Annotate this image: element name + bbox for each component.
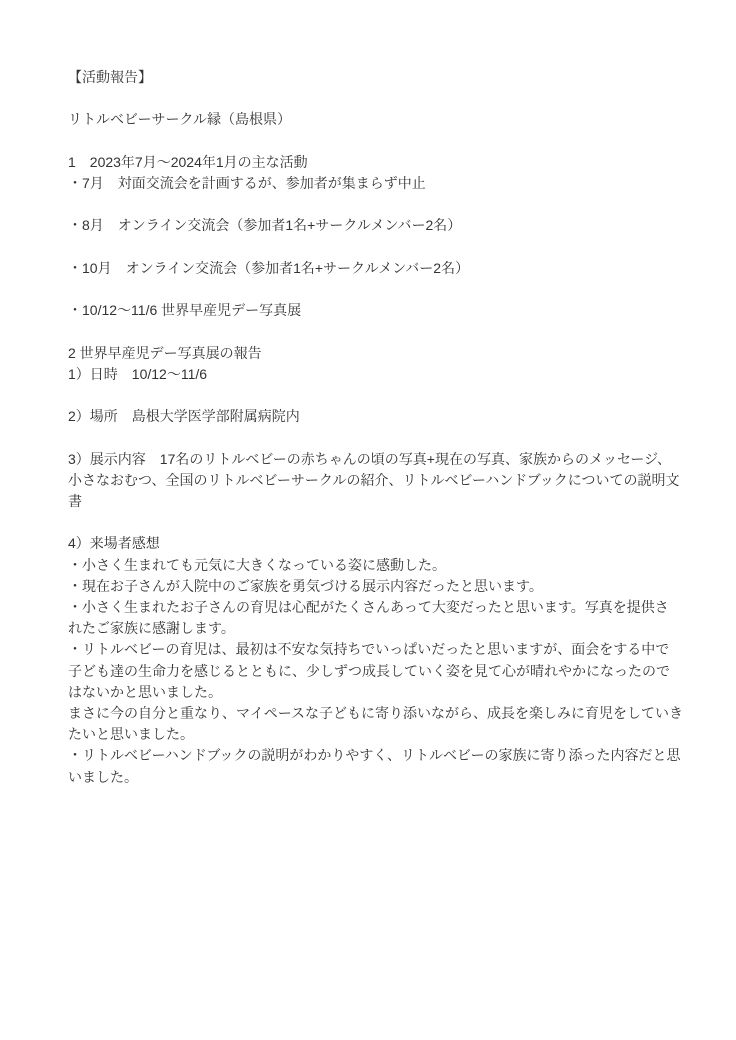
text-line: 書 bbox=[68, 491, 682, 512]
text-line: ・8月 オンライン交流会（参加者1名+サークルメンバー2名） bbox=[68, 215, 682, 236]
paragraph-october-activity: ・10月 オンライン交流会（参加者1名+サークルメンバー2名） bbox=[68, 258, 682, 279]
paragraph-report-title: 【活動報告】 bbox=[68, 67, 682, 88]
text-line: ・小さく生まれたお子さんの育児は心配がたくさんあって大変だったと思います。写真を… bbox=[68, 597, 682, 618]
text-line: ・リトルベビーの育児は、最初は不安な気持ちでいっぱいだったと思いますが、面会をす… bbox=[68, 639, 682, 660]
text-line: 小さなおむつ、全国のリトルベビーサークルの紹介、リトルベビーハンドブックについて… bbox=[68, 470, 682, 491]
paragraph-exhibition-place: 2）場所 島根大学医学部附属病院内 bbox=[68, 406, 682, 427]
paragraph-circle-name: リトルベビーサークル縁（島根県） bbox=[68, 109, 682, 130]
text-line: たいと思いました。 bbox=[68, 724, 682, 745]
text-line: 【活動報告】 bbox=[68, 67, 682, 88]
text-line: はないかと思いました。 bbox=[68, 682, 682, 703]
paragraph-exhibition-report-heading: 2 世界早産児デー写真展の報告1）日時 10/12〜11/6 bbox=[68, 343, 682, 385]
text-line: 4）来場者感想 bbox=[68, 533, 682, 554]
text-line: 2）場所 島根大学医学部附属病院内 bbox=[68, 406, 682, 427]
text-line: 1 2023年7月〜2024年1月の主な活動 bbox=[68, 152, 682, 173]
text-line: ・7月 対面交流会を計画するが、参加者が集まらず中止 bbox=[68, 173, 682, 194]
text-line: 3）展示内容 17名のリトルベビーの赤ちゃんの頃の写真+現在の写真、家族からのメ… bbox=[68, 449, 682, 470]
text-line: ・現在お子さんが入院中のご家族を勇気づける展示内容だったと思います。 bbox=[68, 576, 682, 597]
text-line: リトルベビーサークル縁（島根県） bbox=[68, 109, 682, 130]
text-line: ・リトルベビーハンドブックの説明がわかりやすく、リトルベビーの家族に寄り添った内… bbox=[68, 745, 682, 766]
text-line: 子ども達の生命力を感じるとともに、少しずつ成長していく姿を見て心が晴れやかになっ… bbox=[68, 661, 682, 682]
text-line: ・小さく生まれても元気に大きくなっている姿に感動した。 bbox=[68, 555, 682, 576]
paragraph-visitor-feedback: 4）来場者感想・小さく生まれても元気に大きくなっている姿に感動した。・現在お子さ… bbox=[68, 533, 682, 787]
text-line: れたご家族に感謝します。 bbox=[68, 618, 682, 639]
paragraph-photo-exhibition-period: ・10/12〜11/6 世界早産児デー写真展 bbox=[68, 300, 682, 321]
text-line: ・10月 オンライン交流会（参加者1名+サークルメンバー2名） bbox=[68, 258, 682, 279]
text-line: 1）日時 10/12〜11/6 bbox=[68, 364, 682, 385]
paragraph-august-activity: ・8月 オンライン交流会（参加者1名+サークルメンバー2名） bbox=[68, 215, 682, 236]
text-line: 2 世界早産児デー写真展の報告 bbox=[68, 343, 682, 364]
text-line: いました。 bbox=[68, 767, 682, 788]
screenshot-root: { "page": { "background": "#ffffff", "te… bbox=[0, 0, 736, 1040]
paragraph-exhibition-contents: 3）展示内容 17名のリトルベビーの赤ちゃんの頃の写真+現在の写真、家族からのメ… bbox=[68, 449, 682, 513]
document-body: 【活動報告】リトルベビーサークル縁（島根県）1 2023年7月〜2024年1月の… bbox=[68, 67, 682, 788]
document-page: 【活動報告】リトルベビーサークル縁（島根県）1 2023年7月〜2024年1月の… bbox=[0, 0, 736, 1040]
paragraph-main-activities: 1 2023年7月〜2024年1月の主な活動・7月 対面交流会を計画するが、参加… bbox=[68, 152, 682, 194]
text-line: ・10/12〜11/6 世界早産児デー写真展 bbox=[68, 300, 682, 321]
text-line: まさに今の自分と重なり、マイペースな子どもに寄り添いながら、成長を楽しみに育児を… bbox=[68, 703, 682, 724]
